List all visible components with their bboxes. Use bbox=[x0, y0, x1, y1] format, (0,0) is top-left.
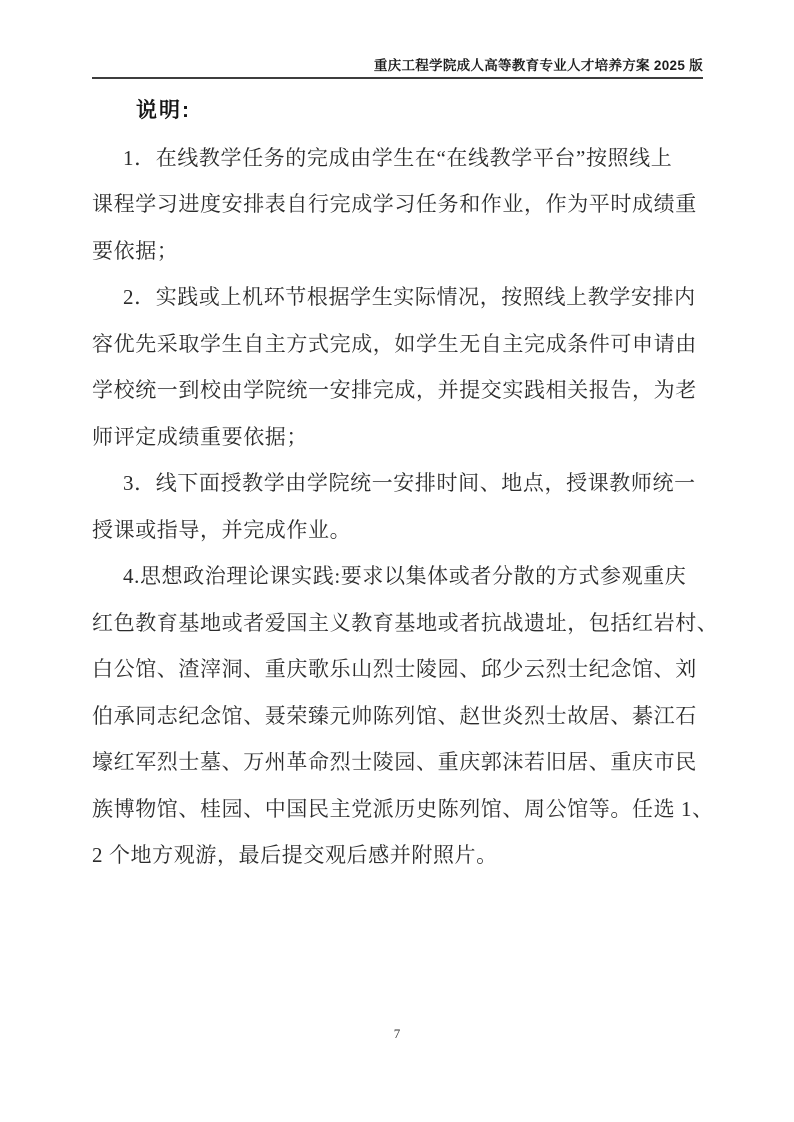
header-title: 重庆工程学院成人高等教育专业人才培养方案 2025 版 bbox=[374, 58, 703, 73]
text-line: 2 个地方观游，最后提交观后感并附照片。 bbox=[92, 832, 706, 879]
paragraph-2: 2．实践或上机环节根据学生实际情况，按照线上教学安排内 容优先采取学生自主方式完… bbox=[92, 274, 706, 460]
text-line: 师评定成绩重要依据； bbox=[92, 414, 706, 461]
text-line: 白公馆、渣滓洞、重庆歌乐山烈士陵园、邱少云烈士纪念馆、刘 bbox=[92, 646, 706, 693]
document-page: 重庆工程学院成人高等教育专业人才培养方案 2025 版 说明: 1．在线教学任务… bbox=[0, 0, 794, 1122]
text-line: 要依据； bbox=[92, 228, 706, 275]
text-line: 1．在线教学任务的完成由学生在“在线教学平台”按照线上 bbox=[92, 135, 706, 182]
section-heading: 说明: bbox=[92, 88, 706, 135]
text-line: 红色教育基地或者爱国主义教育基地或者抗战遗址，包括红岩村、 bbox=[92, 600, 706, 647]
text-line: 容优先采取学生自主方式完成，如学生无自主完成条件可申请由 bbox=[92, 321, 706, 368]
text-line: 族博物馆、桂园、中国民主党派历史陈列馆、周公馆等。任选 1、 bbox=[92, 786, 706, 833]
text-line: 课程学习进度安排表自行完成学习任务和作业，作为平时成绩重 bbox=[92, 181, 706, 228]
document-body: 说明: 1．在线教学任务的完成由学生在“在线教学平台”按照线上 课程学习进度安排… bbox=[92, 88, 706, 879]
paragraph-1: 1．在线教学任务的完成由学生在“在线教学平台”按照线上 课程学习进度安排表自行完… bbox=[92, 135, 706, 275]
page-header: 重庆工程学院成人高等教育专业人才培养方案 2025 版 bbox=[92, 58, 703, 79]
text-line: 学校统一到校由学院统一安排完成，并提交实践相关报告，为老 bbox=[92, 367, 706, 414]
text-line: 壕红军烈士墓、万州革命烈士陵园、重庆郭沫若旧居、重庆市民 bbox=[92, 739, 706, 786]
text-line: 伯承同志纪念馆、聂荣臻元帅陈列馆、赵世炎烈士故居、綦江石 bbox=[92, 693, 706, 740]
paragraph-4: 4.思想政治理论课实践:要求以集体或者分散的方式参观重庆 红色教育基地或者爱国主… bbox=[92, 553, 706, 879]
text-line: 2．实践或上机环节根据学生实际情况，按照线上教学安排内 bbox=[92, 274, 706, 321]
text-line: 4.思想政治理论课实践:要求以集体或者分散的方式参观重庆 bbox=[92, 553, 706, 600]
text-line: 授课或指导，并完成作业。 bbox=[92, 507, 706, 554]
page-number: 7 bbox=[394, 1026, 401, 1041]
page-footer: 7 bbox=[0, 1024, 794, 1044]
paragraph-3: 3．线下面授教学由学院统一安排时间、地点，授课教师统一 授课或指导，并完成作业。 bbox=[92, 460, 706, 553]
text-line: 3．线下面授教学由学院统一安排时间、地点，授课教师统一 bbox=[92, 460, 706, 507]
